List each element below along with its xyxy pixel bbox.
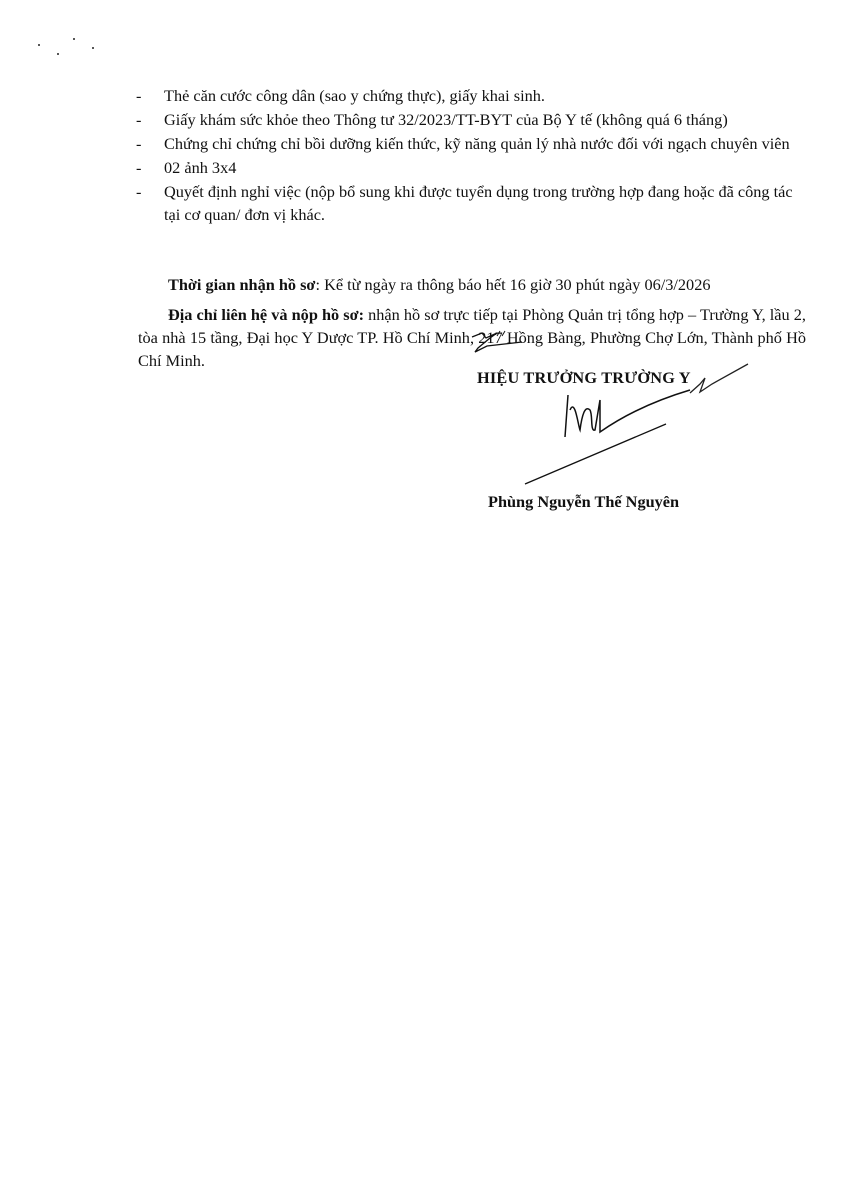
speck: [38, 44, 40, 46]
bullet-dash: -: [136, 108, 141, 131]
requirements-list: -Thẻ căn cước công dân (sao y chứng thực…: [135, 84, 805, 227]
list-item: -Chứng chỉ chứng chỉ bồi dưỡng kiến thức…: [135, 132, 805, 155]
contact-address-paragraph: Địa chỉ liên hệ và nộp hồ sơ: nhận hồ sơ…: [138, 303, 806, 372]
speck: [92, 47, 94, 49]
submission-time-label: Thời gian nhận hồ sơ: [168, 275, 315, 294]
bullet-dash: -: [136, 156, 141, 179]
signer-title: HIỆU TRƯỞNG TRƯỜNG Y: [477, 368, 691, 388]
bullet-dash: -: [136, 132, 141, 155]
signer-name: Phùng Nguyễn Thế Nguyên: [488, 492, 679, 512]
list-item-text: Quyết định nghỉ việc (nộp bổ sung khi đư…: [164, 182, 793, 224]
list-item: -02 ảnh 3x4: [135, 156, 805, 179]
list-item-text: 02 ảnh 3x4: [164, 158, 236, 177]
contact-address-label: Địa chỉ liên hệ và nộp hồ sơ:: [168, 305, 364, 324]
speck: [73, 38, 75, 40]
speck: [57, 53, 59, 55]
list-item-text: Thẻ căn cước công dân (sao y chứng thực)…: [164, 86, 545, 105]
bullet-dash: -: [136, 180, 141, 203]
list-item-text: Chứng chỉ chứng chỉ bồi dưỡng kiến thức,…: [164, 134, 790, 153]
submission-time-separator: :: [315, 275, 324, 294]
list-item: -Giấy khám sức khỏe theo Thông tư 32/202…: [135, 108, 805, 131]
submission-time-paragraph: Thời gian nhận hồ sơ: Kể từ ngày ra thôn…: [138, 273, 806, 296]
list-item-text: Giấy khám sức khỏe theo Thông tư 32/2023…: [164, 110, 728, 129]
bullet-dash: -: [136, 84, 141, 107]
submission-time-text: Kể từ ngày ra thông báo hết 16 giờ 30 ph…: [324, 275, 710, 294]
list-item: -Quyết định nghỉ việc (nộp bổ sung khi đ…: [135, 180, 805, 226]
list-item: -Thẻ căn cước công dân (sao y chứng thực…: [135, 84, 805, 107]
